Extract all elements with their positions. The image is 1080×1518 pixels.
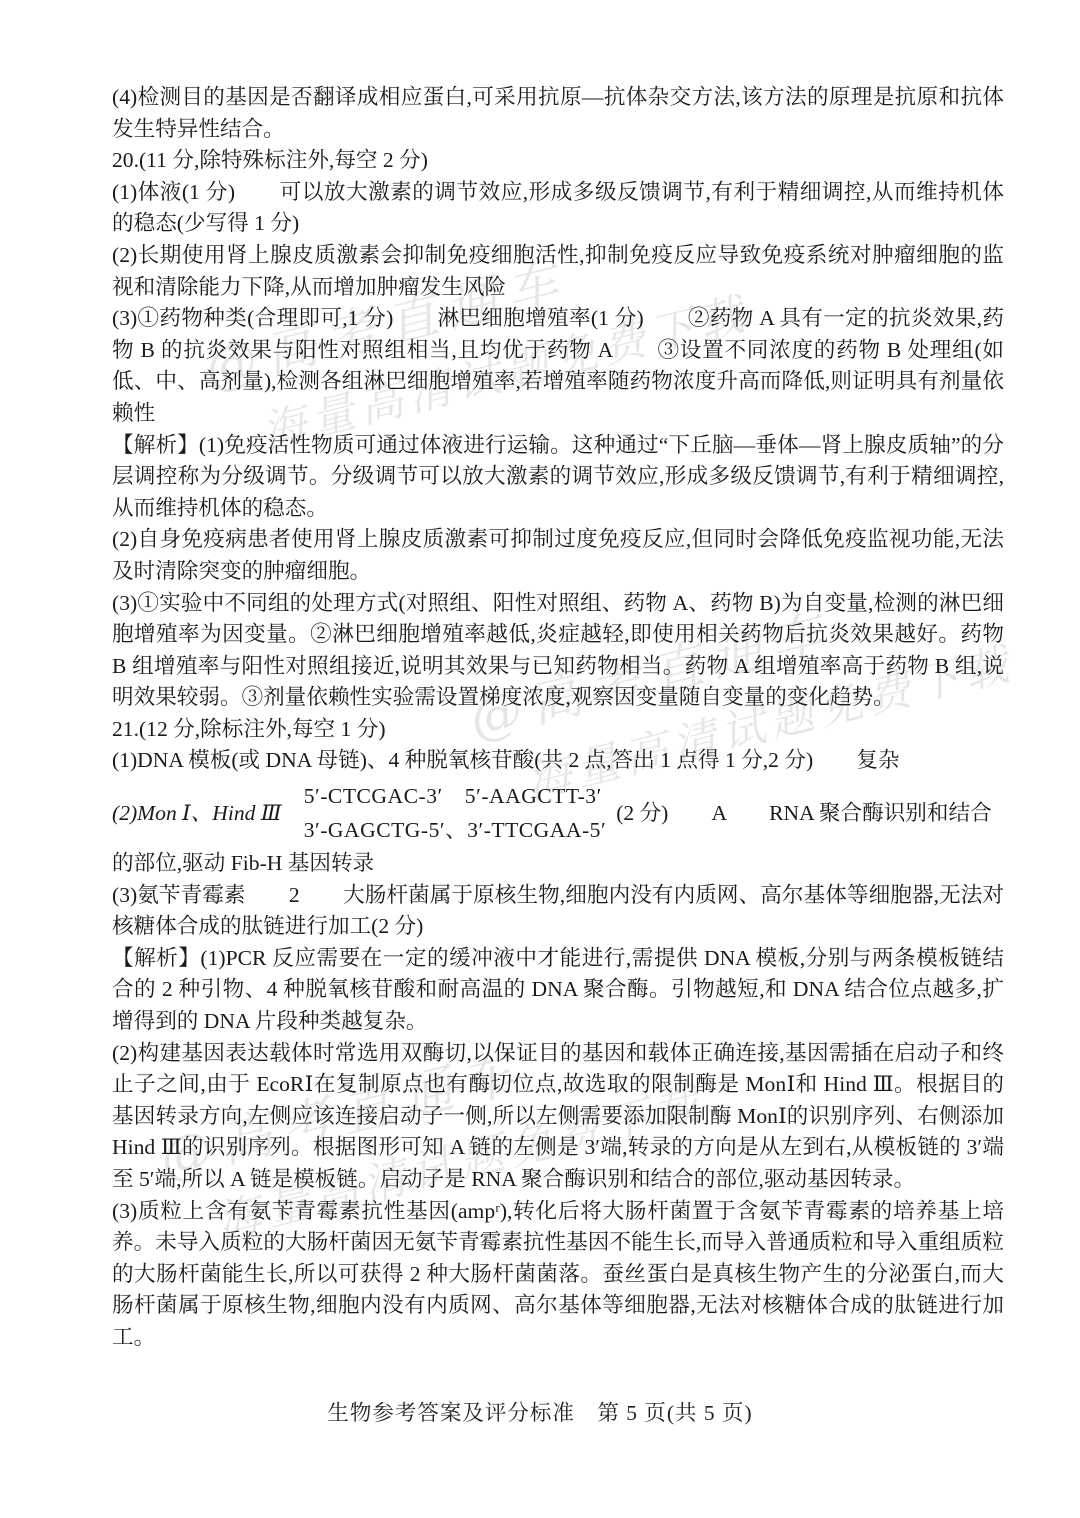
dna-sequence-block: 5′-CTCGAC-3′ 5′-AAGCTT-3′ 3′-GAGCTG-5′、3… xyxy=(304,779,606,847)
analysis-20-2: (2)自身免疫病患者使用肾上腺皮质激素可抑制过度免疫反应,但同时会降低免疫监视功… xyxy=(112,524,1004,587)
answer-21-2: (2)Mon Ⅰ、Hind Ⅲ 5′-CTCGAC-3′ 5′-AAGCTT-3… xyxy=(112,779,1004,847)
answer-21-2-continued: 的部位,驱动 Fib-H 基因转录 xyxy=(112,848,1004,880)
answer-20-2: (2)长期使用肾上腺皮质激素会抑制免疫细胞活性,抑制免疫反应导致免疫系统对肿瘤细… xyxy=(112,240,1004,303)
answer-20-1: (1)体液(1 分) 可以放大激素的调节效应,形成多级反馈调节,有利于精细调控,… xyxy=(112,177,1004,240)
answer-21-2-suffix: (2 分) A RNA 聚合酶识别和结合 xyxy=(616,798,992,828)
analysis-21-3: (3)质粒上含有氨苄青霉素抗性基因(ampʳ),转化后将大肠杆菌置于含氨苄青霉素… xyxy=(112,1196,1004,1354)
dna-sequence-top: 5′-CTCGAC-3′ 5′-AAGCTT-3′ xyxy=(304,779,606,813)
question-20-header: 20.(11 分,除特殊标注外,每空 2 分) xyxy=(112,145,1004,177)
answer-20-3: (3)①药物种类(合理即可,1 分) 淋巴细胞增殖率(1 分) ②药物 A 具有… xyxy=(112,303,1004,429)
enzyme-names: (2)Mon Ⅰ、Hind Ⅲ xyxy=(112,798,282,828)
answer-19-4: (4)检测目的基因是否翻译成相应蛋白,可采用抗原—抗体杂交方法,该方法的原理是抗… xyxy=(112,82,1004,145)
analysis-21-1: 【解析】(1)PCR 反应需要在一定的缓冲液中才能进行,需提供 DNA 模板,分… xyxy=(112,943,1004,1038)
exam-answer-page: @高考直通车 海量高清试题免费下载 @高考直通车 海量高清试题免费下载 @高考直… xyxy=(0,0,1080,1518)
analysis-20-3: (3)①实验中不同组的处理方式(对照组、阳性对照组、药物 A、药物 B)为自变量… xyxy=(112,588,1004,714)
answer-21-1: (1)DNA 模板(或 DNA 母链)、4 种脱氧核苷酸(共 2 点,答出 1 … xyxy=(112,745,1004,777)
dna-sequence-bottom: 3′-GAGCTG-5′、3′-TTCGAA-5′ xyxy=(304,813,606,847)
analysis-21-2: (2)构建基因表达载体时常选用双酶切,以保证目的基因和载体正确连接,基因需插在启… xyxy=(112,1038,1004,1196)
answer-content: (4)检测目的基因是否翻译成相应蛋白,可采用抗原—抗体杂交方法,该方法的原理是抗… xyxy=(112,82,1004,1354)
question-21-header: 21.(12 分,除标注外,每空 1 分) xyxy=(112,714,1004,746)
page-footer: 生物参考答案及评分标准 第 5 页(共 5 页) xyxy=(0,1396,1080,1427)
answer-21-3: (3)氨苄青霉素 2 大肠杆菌属于原核生物,细胞内没有内质网、高尔基体等细胞器,… xyxy=(112,880,1004,943)
analysis-20-1: 【解析】(1)免疫活性物质可通过体液进行运输。这种通过“下丘脑—垂体—肾上腺皮质… xyxy=(112,430,1004,525)
